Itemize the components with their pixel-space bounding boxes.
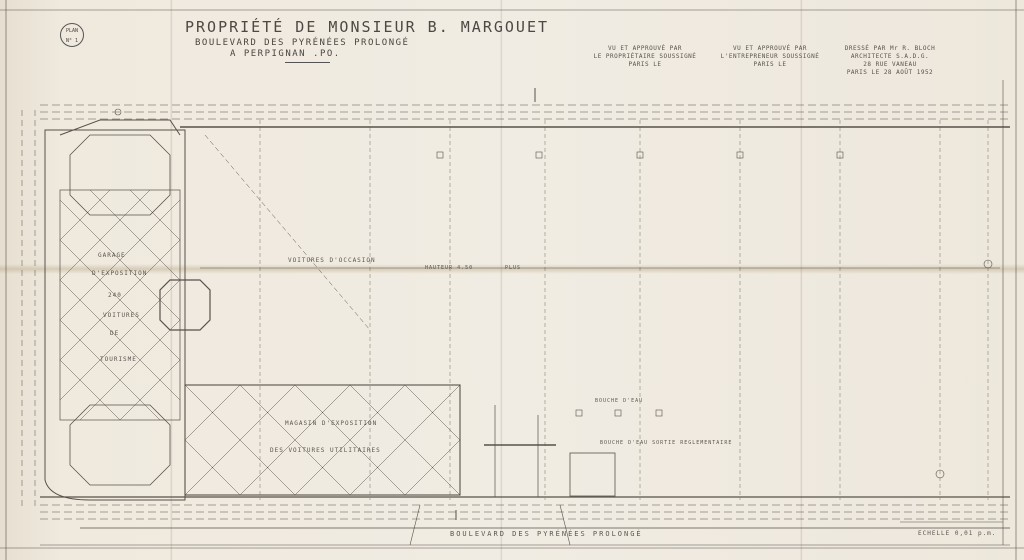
annotation: BOUCHE D'EAU SORTIE REGLEMENTAIRE	[600, 440, 732, 446]
room-label: TOURISME	[100, 356, 137, 363]
title-underline	[285, 62, 330, 63]
drawing-location: A PERPIGNAN .PO.	[230, 49, 341, 59]
room-label: D'EXPOSITION	[92, 270, 147, 277]
room-label: GARAGE	[98, 252, 126, 259]
dimension-note: PLUS	[505, 265, 521, 271]
street-name: BOULEVARD DES PYRÉNÉES PROLONGÉ	[450, 530, 643, 538]
dimension-note: HAUTEUR 4.50	[425, 265, 473, 271]
owner-approval-block: VU ET APPROUVÉ PAR LE PROPRIÉTAIRE SOUSS…	[590, 45, 700, 69]
scale-label: ECHELLE 0,01 p.m.	[918, 530, 996, 537]
blueprint-sheet: PLAN N° 1 PROPRIÉTÉ DE MONSIEUR B. MARGO…	[0, 0, 1024, 560]
room-count: 240	[108, 292, 122, 299]
floor-plan-drawing	[0, 0, 1024, 560]
room-label: MAGASIN D'EXPOSITION	[285, 420, 377, 427]
annotation: BOUCHE D'EAU	[595, 398, 643, 404]
room-label: DE	[110, 330, 119, 337]
room-label: DES VOITURES UTILITAIRES	[270, 447, 381, 454]
architect-block: DRESSÉ PAR Mr R. BLOCH ARCHITECTE S.A.D.…	[835, 45, 945, 77]
drawing-subtitle: BOULEVARD DES PYRÉNÉES PROLONGÉ	[195, 38, 409, 48]
contractor-approval-block: VU ET APPROUVÉ PAR L'ENTREPRENEUR SOUSSI…	[715, 45, 825, 69]
room-label: VOITURES D'OCCASION	[288, 257, 376, 264]
room-label: VOITURES	[103, 312, 140, 319]
drawing-title: PROPRIÉTÉ DE MONSIEUR B. MARGOUET	[185, 18, 549, 36]
plan-number-badge: PLAN N° 1	[60, 23, 84, 47]
